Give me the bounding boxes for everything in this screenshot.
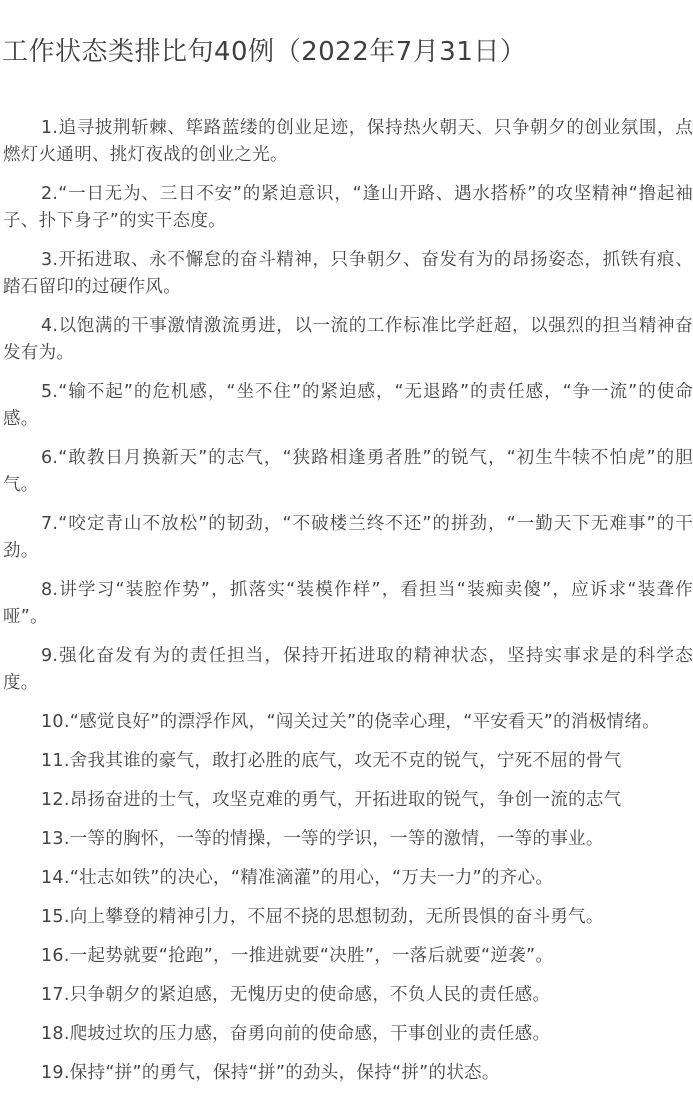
paragraph-11: 11.舍我其谁的豪气，敢打必胜的底气，攻无不克的锐气，宁死不屈的骨气 [3, 748, 693, 775]
paragraph-2: 2.“一日无为、三日不安”的紧迫意识，“逢山开路、遇水搭桥”的攻坚精神“撸起袖子… [3, 181, 693, 235]
paragraph-14: 14.“壮志如铁”的决心，“精准滴灌”的用心，“万夫一力”的齐心。 [3, 865, 693, 892]
paragraph-3: 3.开拓进取、永不懈怠的奋斗精神，只争朝夕、奋发有为的昂扬姿态，抓铁有痕、踏石留… [3, 247, 693, 301]
paragraph-15: 15.向上攀登的精神引力，不屈不挠的思想韧劲，无所畏惧的奋斗勇气。 [3, 904, 693, 931]
paragraph-8: 8.讲学习“装腔作势”，抓落实“装模作样”，看担当“装痴卖傻”，应诉求“装聋作哑… [3, 577, 693, 631]
paragraph-12: 12.昂扬奋进的士气，攻坚克难的勇气，开拓进取的锐气，争创一流的志气 [3, 787, 693, 814]
article-title: 工作状态类排比句40例（2022年7月31日） [2, 34, 526, 70]
paragraph-4: 4.以饱满的干事激情激流勇进，以一流的工作标准比学赶超，以强烈的担当精神奋发有为… [3, 313, 693, 367]
paragraph-1: 1.追寻披荆斩棘、筚路蓝缕的创业足迹，保持热火朝天、只争朝夕的创业氛围，点燃灯火… [3, 115, 693, 169]
paragraph-9: 9.强化奋发有为的责任担当，保持开拓进取的精神状态，坚持实事求是的科学态度。 [3, 643, 693, 697]
article-body: 1.追寻披荆斩棘、筚路蓝缕的创业足迹，保持热火朝天、只争朝夕的创业氛围，点燃灯火… [3, 115, 693, 1097]
paragraph-7: 7.“咬定青山不放松”的韧劲，“不破楼兰终不还”的拼劲，“一勤天下无难事”的干劲… [3, 511, 693, 565]
paragraph-10: 10.“感觉良好”的漂浮作风，“闯关过关”的侥幸心理，“平安看天”的消极情绪。 [3, 709, 693, 736]
paragraph-19: 19.保持“拼”的勇气，保持“拼”的劲头，保持“拼”的状态。 [3, 1060, 693, 1087]
paragraph-17: 17.只争朝夕的紧迫感，无愧历史的使命感，不负人民的责任感。 [3, 982, 693, 1009]
paragraph-18: 18.爬坡过坎的压力感，奋勇向前的使命感，干事创业的责任感。 [3, 1021, 693, 1048]
paragraph-5: 5.“输不起”的危机感，“坐不住”的紧迫感，“无退路”的责任感，“争一流”的使命… [3, 379, 693, 433]
paragraph-16: 16.一起势就要“抢跑”，一推进就要“决胜”，一落后就要“逆袭”。 [3, 943, 693, 970]
paragraph-13: 13.一等的胸怀，一等的情操，一等的学识，一等的激情，一等的事业。 [3, 826, 693, 853]
paragraph-6: 6.“敢教日月换新天”的志气，“狭路相逢勇者胜”的锐气，“初生牛犊不怕虎”的胆气… [3, 445, 693, 499]
